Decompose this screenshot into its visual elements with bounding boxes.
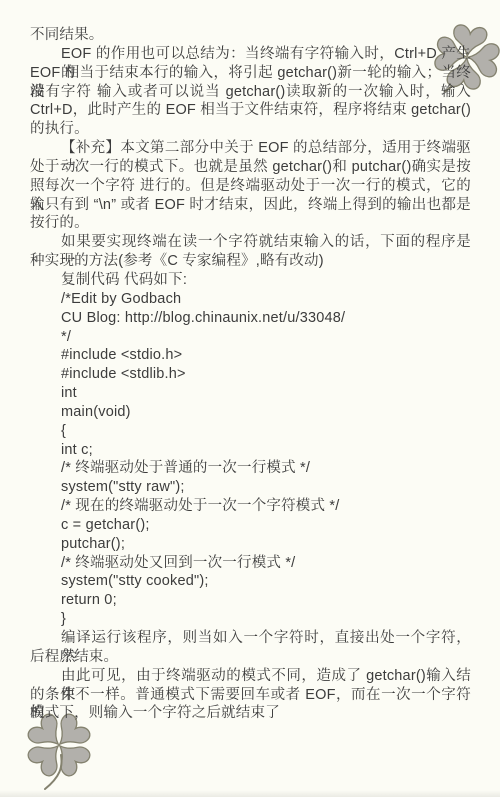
text-line: 照每次一个字符 进行的。但是终端驱动处于一次一行的模式，它的输 [30, 177, 471, 196]
text-line: 后程序结束。 [30, 648, 471, 667]
text-line: 复制代码 代码如下: [30, 271, 471, 290]
code-line: /*Edit by Godbach [30, 290, 471, 309]
code-line: int [30, 384, 471, 403]
text-line: 模式下，则输入一个字符之后就结束了 [30, 704, 471, 723]
code-line: { [30, 422, 471, 441]
document-text: 不同结果。 EOF 的作用也可以总结为：当终端有字符输入时，Ctrl+D 产生的… [30, 26, 471, 723]
text-line: 入只有到 “\n” 或者 EOF 时才结束，因此，终端上得到的输出也都是 [30, 196, 471, 215]
code-line: int c; [30, 441, 471, 460]
code-line: #include <stdlib.h> [30, 365, 471, 384]
code-line: /* 现在的终端驱动处于一次一个字符模式 */ [30, 497, 471, 516]
page-bottom-edge [0, 790, 500, 797]
text-line: 由此可见，由于终端驱动的模式不同，造成了 getchar()输入结束 [30, 667, 471, 686]
text-line: 【补充】本文第二部分中关于 EOF 的总结部分，适用于终端驱动 [30, 139, 471, 158]
text-line: 编译运行该程序，则当如入一个字符时，直接出处一个字符，然 [30, 629, 471, 648]
code-line: system("stty raw"); [30, 478, 471, 497]
text-line: 处于一次一行的模式下。也就是虽然 getchar()和 putchar()确实是… [30, 158, 471, 177]
text-line: 种实现的方法(参考《C 专家编程》,略有改动) [30, 252, 471, 271]
code-line: return 0; [30, 591, 471, 610]
text-line: 的条件不一样。普通模式下需要回车或者 EOF，而在一次一个字符的 [30, 686, 471, 705]
code-line: */ [30, 328, 471, 347]
text-line: 的执行。 [30, 120, 471, 139]
text-line: 不同结果。 [30, 26, 471, 45]
text-line: EOF 相当于结束本行的输入，将引起 getchar()新一轮的输入；当终端 [30, 64, 471, 83]
code-line: /* 终端驱动处又回到一次一行模式 */ [30, 554, 471, 573]
code-line: putchar(); [30, 535, 471, 554]
text-line: 按行的。 [30, 214, 471, 233]
text-line: 没有字符 输入或者可以说当 getchar()读取新的一次输入时，输入 [30, 83, 471, 102]
code-line: CU Blog: http://blog.chinaunix.net/u/330… [30, 309, 471, 328]
document-page: 不同结果。 EOF 的作用也可以总结为：当终端有字符输入时，Ctrl+D 产生的… [0, 0, 500, 797]
text-line: Ctrl+D，此时产生的 EOF 相当于文件结束符，程序将结束 getchar(… [30, 101, 471, 120]
code-line: c = getchar(); [30, 516, 471, 535]
code-line: main(void) [30, 403, 471, 422]
code-line: system("stty cooked"); [30, 572, 471, 591]
code-line: #include <stdio.h> [30, 346, 471, 365]
text-line: 如果要实现终端在读一个字符就结束输入的话，下面的程序是一 [30, 233, 471, 252]
code-line: } [30, 610, 471, 629]
code-line: /* 终端驱动处于普通的一次一行模式 */ [30, 459, 471, 478]
text-line: EOF 的作用也可以总结为：当终端有字符输入时，Ctrl+D 产生的 [30, 45, 471, 64]
